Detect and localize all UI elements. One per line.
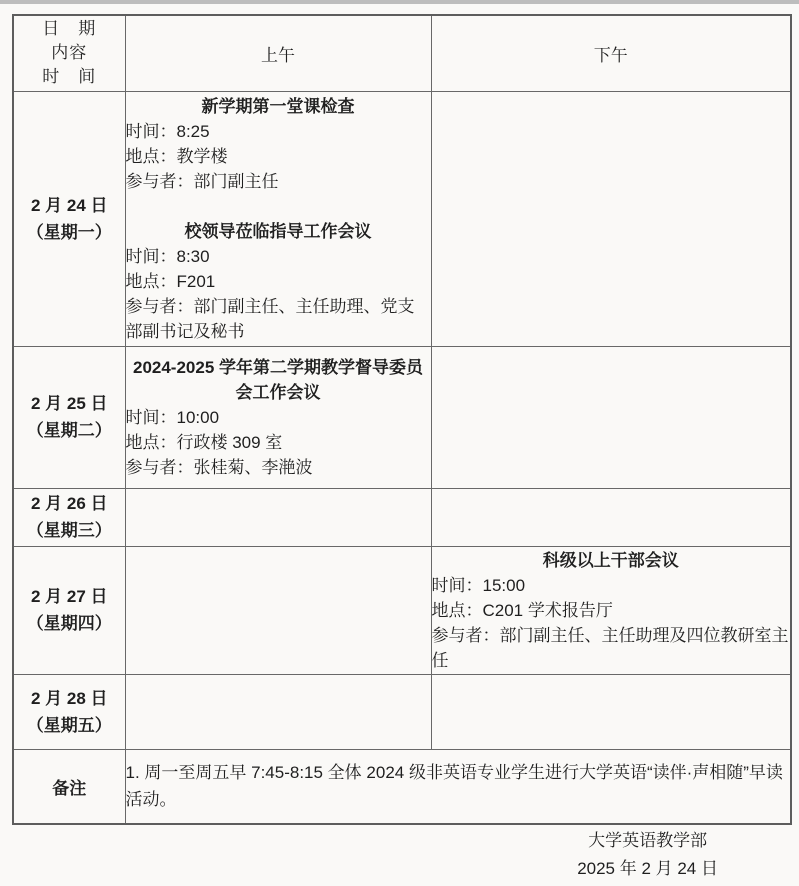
morning-cell-feb24: 新学期第一堂课检查 时间：8:25 地点：教学楼 参与者：部门副主任 校领导莅临… (125, 91, 431, 346)
weekday-text: （星期二） (14, 417, 125, 444)
event-time: 时间：15:00 (432, 573, 791, 598)
afternoon-cell-feb26 (431, 488, 791, 546)
event-participants: 参与者：部门副主任、主任助理及四位教研室主任 (432, 623, 791, 673)
event-time: 时间：8:30 (126, 244, 431, 269)
column-header-morning: 上午 (125, 15, 431, 91)
date-text: 2 月 27 日 (14, 583, 125, 610)
event-supervision-committee-meeting: 2024-2025 学年第二学期教学督导委员会工作会议 时间：10:00 地点：… (126, 355, 431, 480)
date-cell-feb26: 2 月 26 日 （星期三） (13, 488, 125, 546)
header-row: 日 期 内容 时 间 上午 下午 (13, 15, 791, 91)
notes-label: 备注 (13, 749, 125, 824)
date-cell-feb24: 2 月 24 日 （星期一） (13, 91, 125, 346)
event-location: 地点：教学楼 (126, 144, 431, 169)
table-row-feb26: 2 月 26 日 （星期三） (13, 488, 791, 546)
event-location: 地点：C201 学术报告厅 (432, 598, 791, 623)
date-text: 2 月 26 日 (14, 490, 125, 517)
afternoon-cell-feb25 (431, 346, 791, 488)
notes-content: 1. 周一至周五早 7:45-8:15 全体 2024 级非英语专业学生进行大学… (125, 749, 791, 824)
event-participants: 参与者：张桂菊、李滟波 (126, 455, 431, 480)
event-participants: 参与者：部门副主任、主任助理、党支部副书记及秘书 (126, 294, 431, 344)
weekly-schedule-table: 日 期 内容 时 间 上午 下午 2 月 24 日 （星期一） 新学期第一堂课检… (12, 14, 792, 825)
afternoon-cell-feb28 (431, 674, 791, 749)
morning-cell-feb28 (125, 674, 431, 749)
notes-row: 备注 1. 周一至周五早 7:45-8:15 全体 2024 级非英语专业学生进… (13, 749, 791, 824)
photo-top-edge-bar (0, 0, 799, 4)
date-cell-feb27: 2 月 27 日 （星期四） (13, 546, 125, 674)
table-row-feb24: 2 月 24 日 （星期一） 新学期第一堂课检查 时间：8:25 地点：教学楼 … (13, 91, 791, 346)
morning-cell-feb25: 2024-2025 学年第二学期教学督导委员会工作会议 时间：10:00 地点：… (125, 346, 431, 488)
event-leaders-guidance-meeting: 校领导莅临指导工作会议 时间：8:30 地点：F201 参与者：部门副主任、主任… (126, 219, 431, 344)
date-text: 2 月 24 日 (14, 192, 125, 219)
event-participants: 参与者：部门副主任 (126, 169, 431, 194)
event-time: 时间：8:25 (126, 119, 431, 144)
document-footer: 大学英语教学部 2025 年 2 月 24 日 (12, 827, 790, 883)
event-location: 地点：F201 (126, 269, 431, 294)
footer-date: 2025 年 2 月 24 日 (577, 855, 718, 883)
footer-department: 大学英语教学部 (577, 827, 718, 855)
event-title: 科级以上干部会议 (432, 548, 791, 573)
table-row-feb27: 2 月 27 日 （星期四） 科级以上干部会议 时间：15:00 地点：C201… (13, 546, 791, 674)
table-row-feb25: 2 月 25 日 （星期二） 2024-2025 学年第二学期教学督导委员会工作… (13, 346, 791, 488)
event-cadre-meeting: 科级以上干部会议 时间：15:00 地点：C201 学术报告厅 参与者：部门副主… (432, 548, 791, 673)
weekday-text: （星期一） (14, 219, 125, 246)
date-cell-feb25: 2 月 25 日 （星期二） (13, 346, 125, 488)
weekday-text: （星期五） (14, 712, 125, 739)
event-title: 新学期第一堂课检查 (126, 94, 431, 119)
event-time: 时间：10:00 (126, 405, 431, 430)
event-first-class-check: 新学期第一堂课检查 时间：8:25 地点：教学楼 参与者：部门副主任 (126, 94, 431, 194)
event-location: 地点：行政楼 309 室 (126, 430, 431, 455)
morning-cell-feb26 (125, 488, 431, 546)
footer-signature-block: 大学英语教学部 2025 年 2 月 24 日 (577, 827, 718, 883)
column-header-afternoon: 下午 (431, 15, 791, 91)
event-title: 2024-2025 学年第二学期教学督导委员会工作会议 (126, 355, 431, 405)
weekday-text: （星期四） (14, 610, 125, 637)
date-text: 2 月 25 日 (14, 390, 125, 417)
afternoon-cell-feb24 (431, 91, 791, 346)
table-row-feb28: 2 月 28 日 （星期五） (13, 674, 791, 749)
date-cell-feb28: 2 月 28 日 （星期五） (13, 674, 125, 749)
event-title: 校领导莅临指导工作会议 (126, 219, 431, 244)
weekday-text: （星期三） (14, 517, 125, 544)
morning-cell-feb27 (125, 546, 431, 674)
corner-header-date-content-time: 日 期 内容 时 间 (13, 15, 125, 91)
afternoon-cell-feb27: 科级以上干部会议 时间：15:00 地点：C201 学术报告厅 参与者：部门副主… (431, 546, 791, 674)
date-text: 2 月 28 日 (14, 685, 125, 712)
